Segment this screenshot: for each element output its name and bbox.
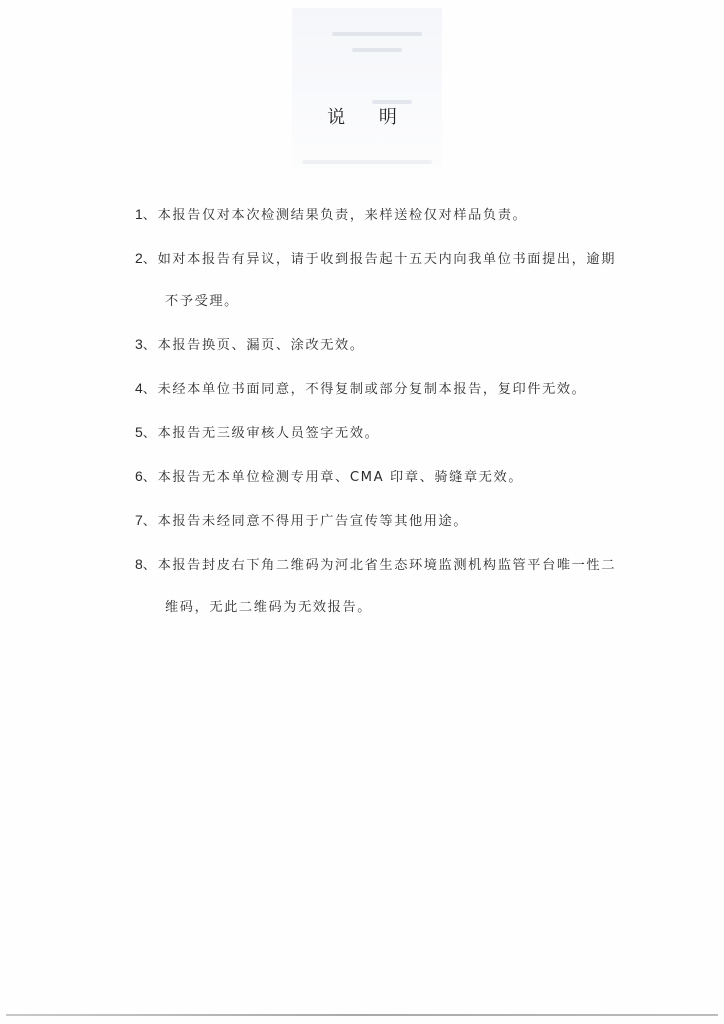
item-text: 本报告无本单位检测专用章、CMA 印章、骑缝章无效。 bbox=[158, 470, 524, 485]
note-item-7: 7、本报告未经同意不得用于广告宣传等其他用途。 bbox=[135, 499, 615, 543]
item-separator: 、 bbox=[143, 252, 158, 267]
item-text: 如对本报告有异议，请于收到报告起十五天内向我单位书面提出，逾期 bbox=[158, 252, 616, 267]
item-text-continuation: 不予受理。 bbox=[135, 294, 239, 309]
item-separator: 、 bbox=[143, 338, 158, 353]
item-text: 本报告仅对本次检测结果负责，来样送检仅对样品负责。 bbox=[158, 208, 528, 223]
item-text: 本报告封皮右下角二维码为河北省生态环境监测机构监管平台唯一性二 bbox=[158, 558, 616, 573]
item-text: 本报告未经同意不得用于广告宣传等其他用途。 bbox=[158, 514, 469, 529]
page-title: 说 明 bbox=[0, 103, 724, 129]
item-separator: 、 bbox=[143, 426, 158, 441]
item-separator: 、 bbox=[143, 558, 158, 573]
item-number: 1 bbox=[135, 206, 143, 222]
bleed-mark bbox=[302, 160, 432, 164]
bleed-mark bbox=[352, 48, 402, 52]
item-separator: 、 bbox=[143, 382, 158, 397]
item-text-continuation: 维码，无此二维码为无效报告。 bbox=[135, 600, 372, 615]
document-page: 说 明 1、本报告仅对本次检测结果负责，来样送检仅对样品负责。 2、如对本报告有… bbox=[0, 0, 724, 1024]
item-number: 3 bbox=[135, 336, 143, 352]
note-item-2-continuation: 不予受理。 bbox=[135, 281, 615, 323]
note-item-8-continuation: 维码，无此二维码为无效报告。 bbox=[135, 587, 615, 629]
note-item-5: 5、本报告无三级审核人员签字无效。 bbox=[135, 411, 615, 455]
item-number: 4 bbox=[135, 380, 143, 396]
note-item-1: 1、本报告仅对本次检测结果负责，来样送检仅对样品负责。 bbox=[135, 193, 615, 237]
bottom-rule-divider bbox=[6, 1014, 718, 1016]
note-item-6: 6、本报告无本单位检测专用章、CMA 印章、骑缝章无效。 bbox=[135, 455, 615, 499]
notes-list: 1、本报告仅对本次检测结果负责，来样送检仅对样品负责。 2、如对本报告有异议，请… bbox=[135, 193, 615, 629]
item-text: 本报告无三级审核人员签字无效。 bbox=[158, 426, 380, 441]
note-item-3: 3、本报告换页、漏页、涂改无效。 bbox=[135, 323, 615, 367]
item-separator: 、 bbox=[143, 514, 158, 529]
bleed-mark bbox=[332, 32, 422, 36]
note-item-4: 4、未经本单位书面同意，不得复制或部分复制本报告，复印件无效。 bbox=[135, 367, 615, 411]
item-number: 8 bbox=[135, 556, 143, 572]
item-number: 2 bbox=[135, 250, 143, 266]
note-item-8: 8、本报告封皮右下角二维码为河北省生态环境监测机构监管平台唯一性二 bbox=[135, 543, 615, 587]
note-item-2: 2、如对本报告有异议，请于收到报告起十五天内向我单位书面提出，逾期 bbox=[135, 237, 615, 281]
item-number: 7 bbox=[135, 512, 143, 528]
scan-bleed-through bbox=[292, 8, 442, 168]
item-number: 5 bbox=[135, 424, 143, 440]
item-text: 本报告换页、漏页、涂改无效。 bbox=[158, 338, 365, 353]
item-separator: 、 bbox=[143, 208, 158, 223]
item-separator: 、 bbox=[143, 470, 158, 485]
item-text: 未经本单位书面同意，不得复制或部分复制本报告，复印件无效。 bbox=[158, 382, 587, 397]
item-number: 6 bbox=[135, 468, 143, 484]
